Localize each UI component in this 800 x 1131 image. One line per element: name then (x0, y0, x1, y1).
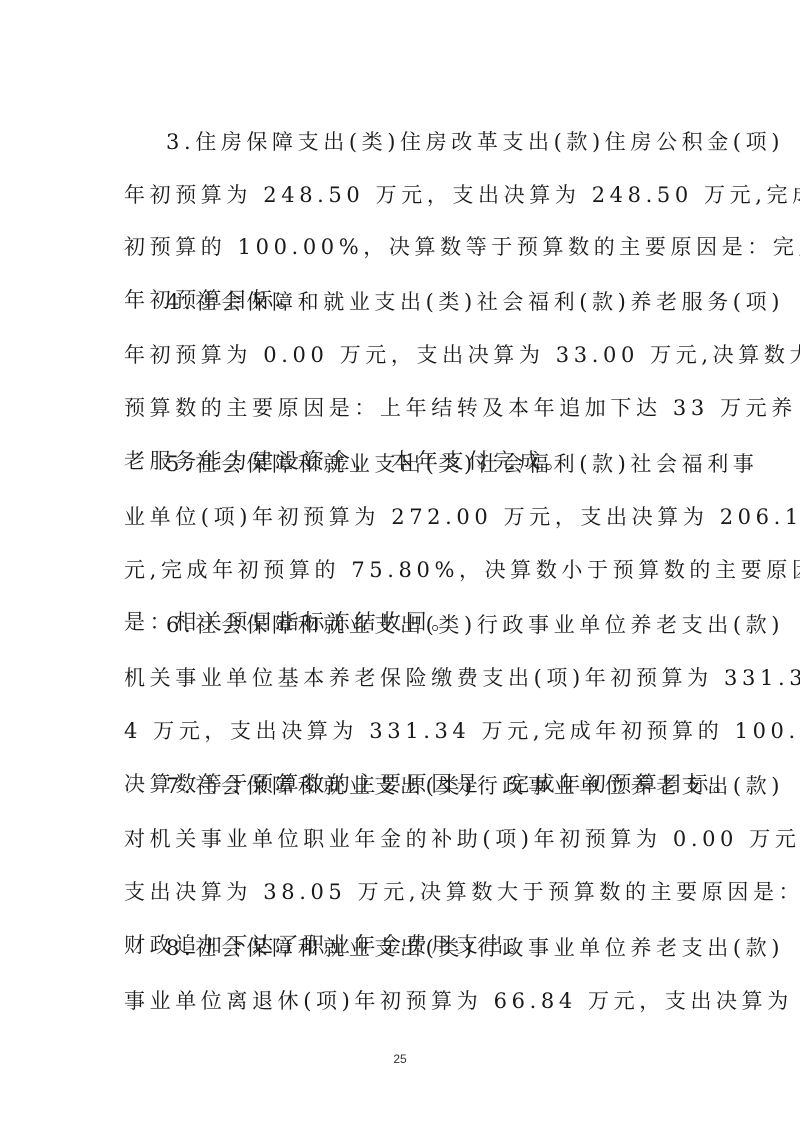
paragraph-line: 对机关事业单位职业年金的补助(项)年初预算为 0.00 万元, (124, 824, 694, 854)
paragraph-line: 5.社会保障和就业支出(类)社会福利(款)社会福利事 (166, 449, 694, 479)
paragraph-line: 元,完成年初预算的 75.80%，决算数小于预算数的主要原因 (124, 555, 694, 585)
paragraph-line: 事业单位离退休(项)年初预算为 66.84 万元，支出决算为 90 (124, 986, 694, 1016)
paragraph-line: 4 万元，支出决算为 331.34 万元,完成年初预算的 100.00%, (124, 716, 694, 746)
paragraph-line: 7.社会保障和就业支出(类)行政事业单位养老支出(款) (166, 771, 694, 801)
paragraph-line: 8.社会保障和就业支出(类)行政事业单位养老支出(款) (166, 933, 694, 963)
document-page: 3.住房保障支出(类)住房改革支出(款)住房公积金(项) 年初预算为 248.5… (0, 0, 800, 1131)
paragraph-line: 年初预算为 248.50 万元，支出决算为 248.50 万元,完成年 (124, 180, 694, 210)
page-number: 25 (0, 1052, 800, 1066)
paragraph-line: 预算数的主要原因是：上年结转及本年追加下达 33 万元养 (124, 393, 694, 423)
paragraph-line: 初预算的 100.00%，决算数等于预算数的主要原因是：完成 (124, 232, 694, 262)
paragraph-line: 4.社会保障和就业支出(类)社会福利(款)养老服务(项) (166, 287, 694, 317)
paragraph-line: 年初预算为 0.00 万元，支出决算为 33.00 万元,决算数大于 (124, 340, 694, 370)
paragraph-line: 业单位(项)年初预算为 272.00 万元，支出决算为 206.17 万 (124, 502, 694, 532)
paragraph-line: 3.住房保障支出(类)住房改革支出(款)住房公积金(项) (166, 127, 694, 157)
paragraph-line: 支出决算为 38.05 万元,决算数大于预算数的主要原因是： (124, 877, 694, 907)
paragraph-line: 6.社会保障和就业支出(类)行政事业单位养老支出(款) (166, 610, 694, 640)
paragraph-line: 机关事业单位基本养老保险缴费支出(项)年初预算为 331.3 (124, 663, 694, 693)
